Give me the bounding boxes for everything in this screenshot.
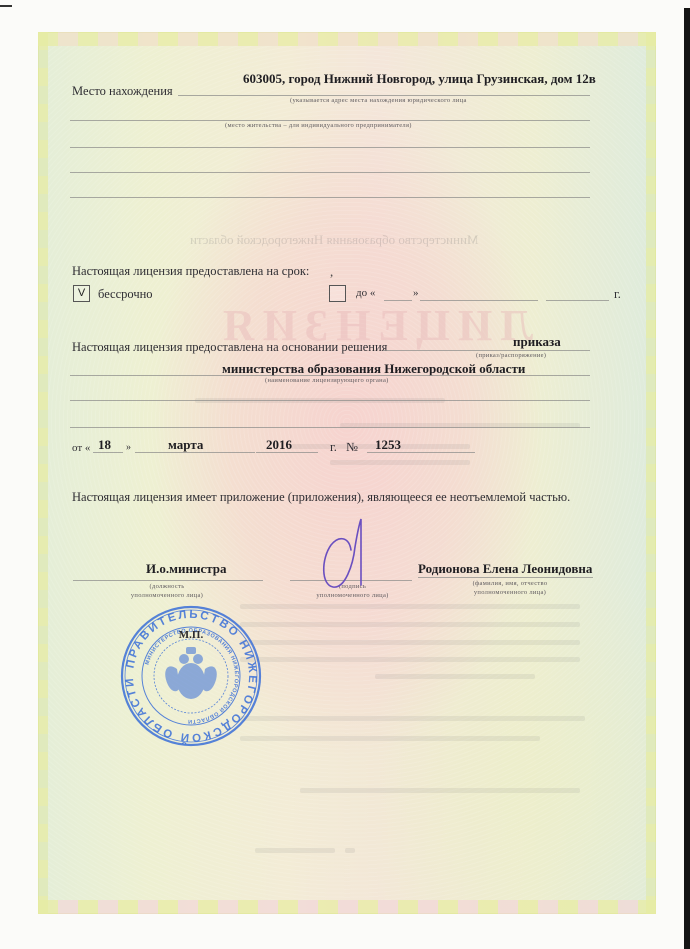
bleed-through-line (240, 716, 585, 721)
signer-name-hint: (фамилия, имя, отчество уполномоченного … (455, 579, 565, 597)
bleed-through-line (240, 657, 580, 662)
hint-line: уполномоченного лица) (122, 591, 212, 600)
term-label: Настоящая лицензия предоставлена на срок… (72, 264, 309, 279)
location-hint-individual: (место жительства – для индивидуального … (225, 121, 412, 130)
hint-line: (фамилия, имя, отчество (455, 579, 565, 588)
date-year-suffix: г. (330, 440, 337, 455)
guilloche-pattern (48, 46, 646, 900)
basis-decision-type: приказа (513, 334, 561, 350)
bleed-through-line (240, 604, 580, 609)
basis-label: Настоящая лицензия предоставлена на осно… (72, 340, 387, 355)
signer-name-rule (418, 577, 593, 578)
border-band-bottom (38, 900, 656, 914)
signer-position-rule (73, 580, 263, 581)
license-sheet (38, 32, 656, 914)
term-until-day-rule (384, 300, 412, 301)
signer-name: Родионова Елена Леонидовна (418, 561, 592, 577)
location-hint-legal: (указывается адрес места нахождения юрид… (290, 96, 467, 105)
bleed-through-line (330, 460, 470, 465)
term-until-year-rule (546, 300, 609, 301)
scan-edge-right (684, 8, 690, 949)
scan-edge-top (0, 5, 12, 7)
hint-line: (должность (122, 582, 212, 591)
blank-rule (70, 427, 590, 428)
location-value: 603005, город Нижний Новгород, улица Гру… (243, 71, 596, 87)
border-band-top (38, 32, 656, 46)
comma-mark: , (330, 264, 333, 280)
term-until-mid: » (413, 287, 419, 299)
blank-rule (70, 147, 590, 148)
official-stamp-icon: ПРАВИТЕЛЬСТВО НИЖЕГОРОДСКОЙ ОБЛАСТИ МИНИ… (118, 603, 264, 749)
term-unlimited-checkbox[interactable]: V (73, 285, 90, 302)
blank-rule (70, 400, 590, 401)
bleed-through-line (300, 788, 580, 793)
bleed-through-ministry: Министерство образования Нижегородской о… (190, 232, 479, 248)
number-label: № (346, 440, 358, 455)
date-year-rule (256, 452, 318, 453)
term-until-month-rule (420, 300, 538, 301)
blank-rule (70, 172, 590, 173)
handwritten-signature-icon (315, 515, 375, 600)
term-until-year-suffix: г. (614, 287, 621, 302)
date-day-close: » (126, 442, 131, 453)
date-day-rule (93, 452, 123, 453)
term-until-prefix: до « (356, 287, 375, 299)
bleed-through-line (240, 640, 580, 645)
license-number: 1253 (375, 437, 401, 453)
term-until-checkbox[interactable] (329, 285, 346, 302)
appendix-note: Настоящая лицензия имеет приложение (при… (72, 490, 570, 505)
bleed-through-line (345, 848, 355, 853)
date-prefix: от « (72, 442, 90, 454)
basis-decision-hint: (приказ/распоряжение) (476, 351, 546, 360)
signer-position-hint: (должность уполномоченного лица) (122, 582, 212, 600)
bleed-through-line (240, 622, 580, 627)
bleed-through-line (375, 674, 535, 679)
date-day: 18 (98, 437, 111, 453)
border-band-left (38, 32, 48, 914)
date-month-rule (135, 452, 255, 453)
svg-text:М.П.: М.П. (179, 629, 204, 641)
bleed-through-line (240, 736, 540, 741)
location-label: Место нахождения (72, 84, 173, 99)
term-unlimited-label: бессрочно (98, 287, 153, 302)
number-rule (367, 452, 475, 453)
basis-authority-hint: (наименование лицензирующего органа) (265, 376, 389, 385)
date-month: марта (168, 437, 203, 453)
hint-line: уполномоченного лица) (455, 588, 565, 597)
border-band-right (646, 32, 656, 914)
blank-rule (70, 197, 590, 198)
date-year: 2016 (266, 437, 292, 453)
signer-position: И.о.министра (146, 561, 226, 577)
bleed-through-line (255, 848, 335, 853)
